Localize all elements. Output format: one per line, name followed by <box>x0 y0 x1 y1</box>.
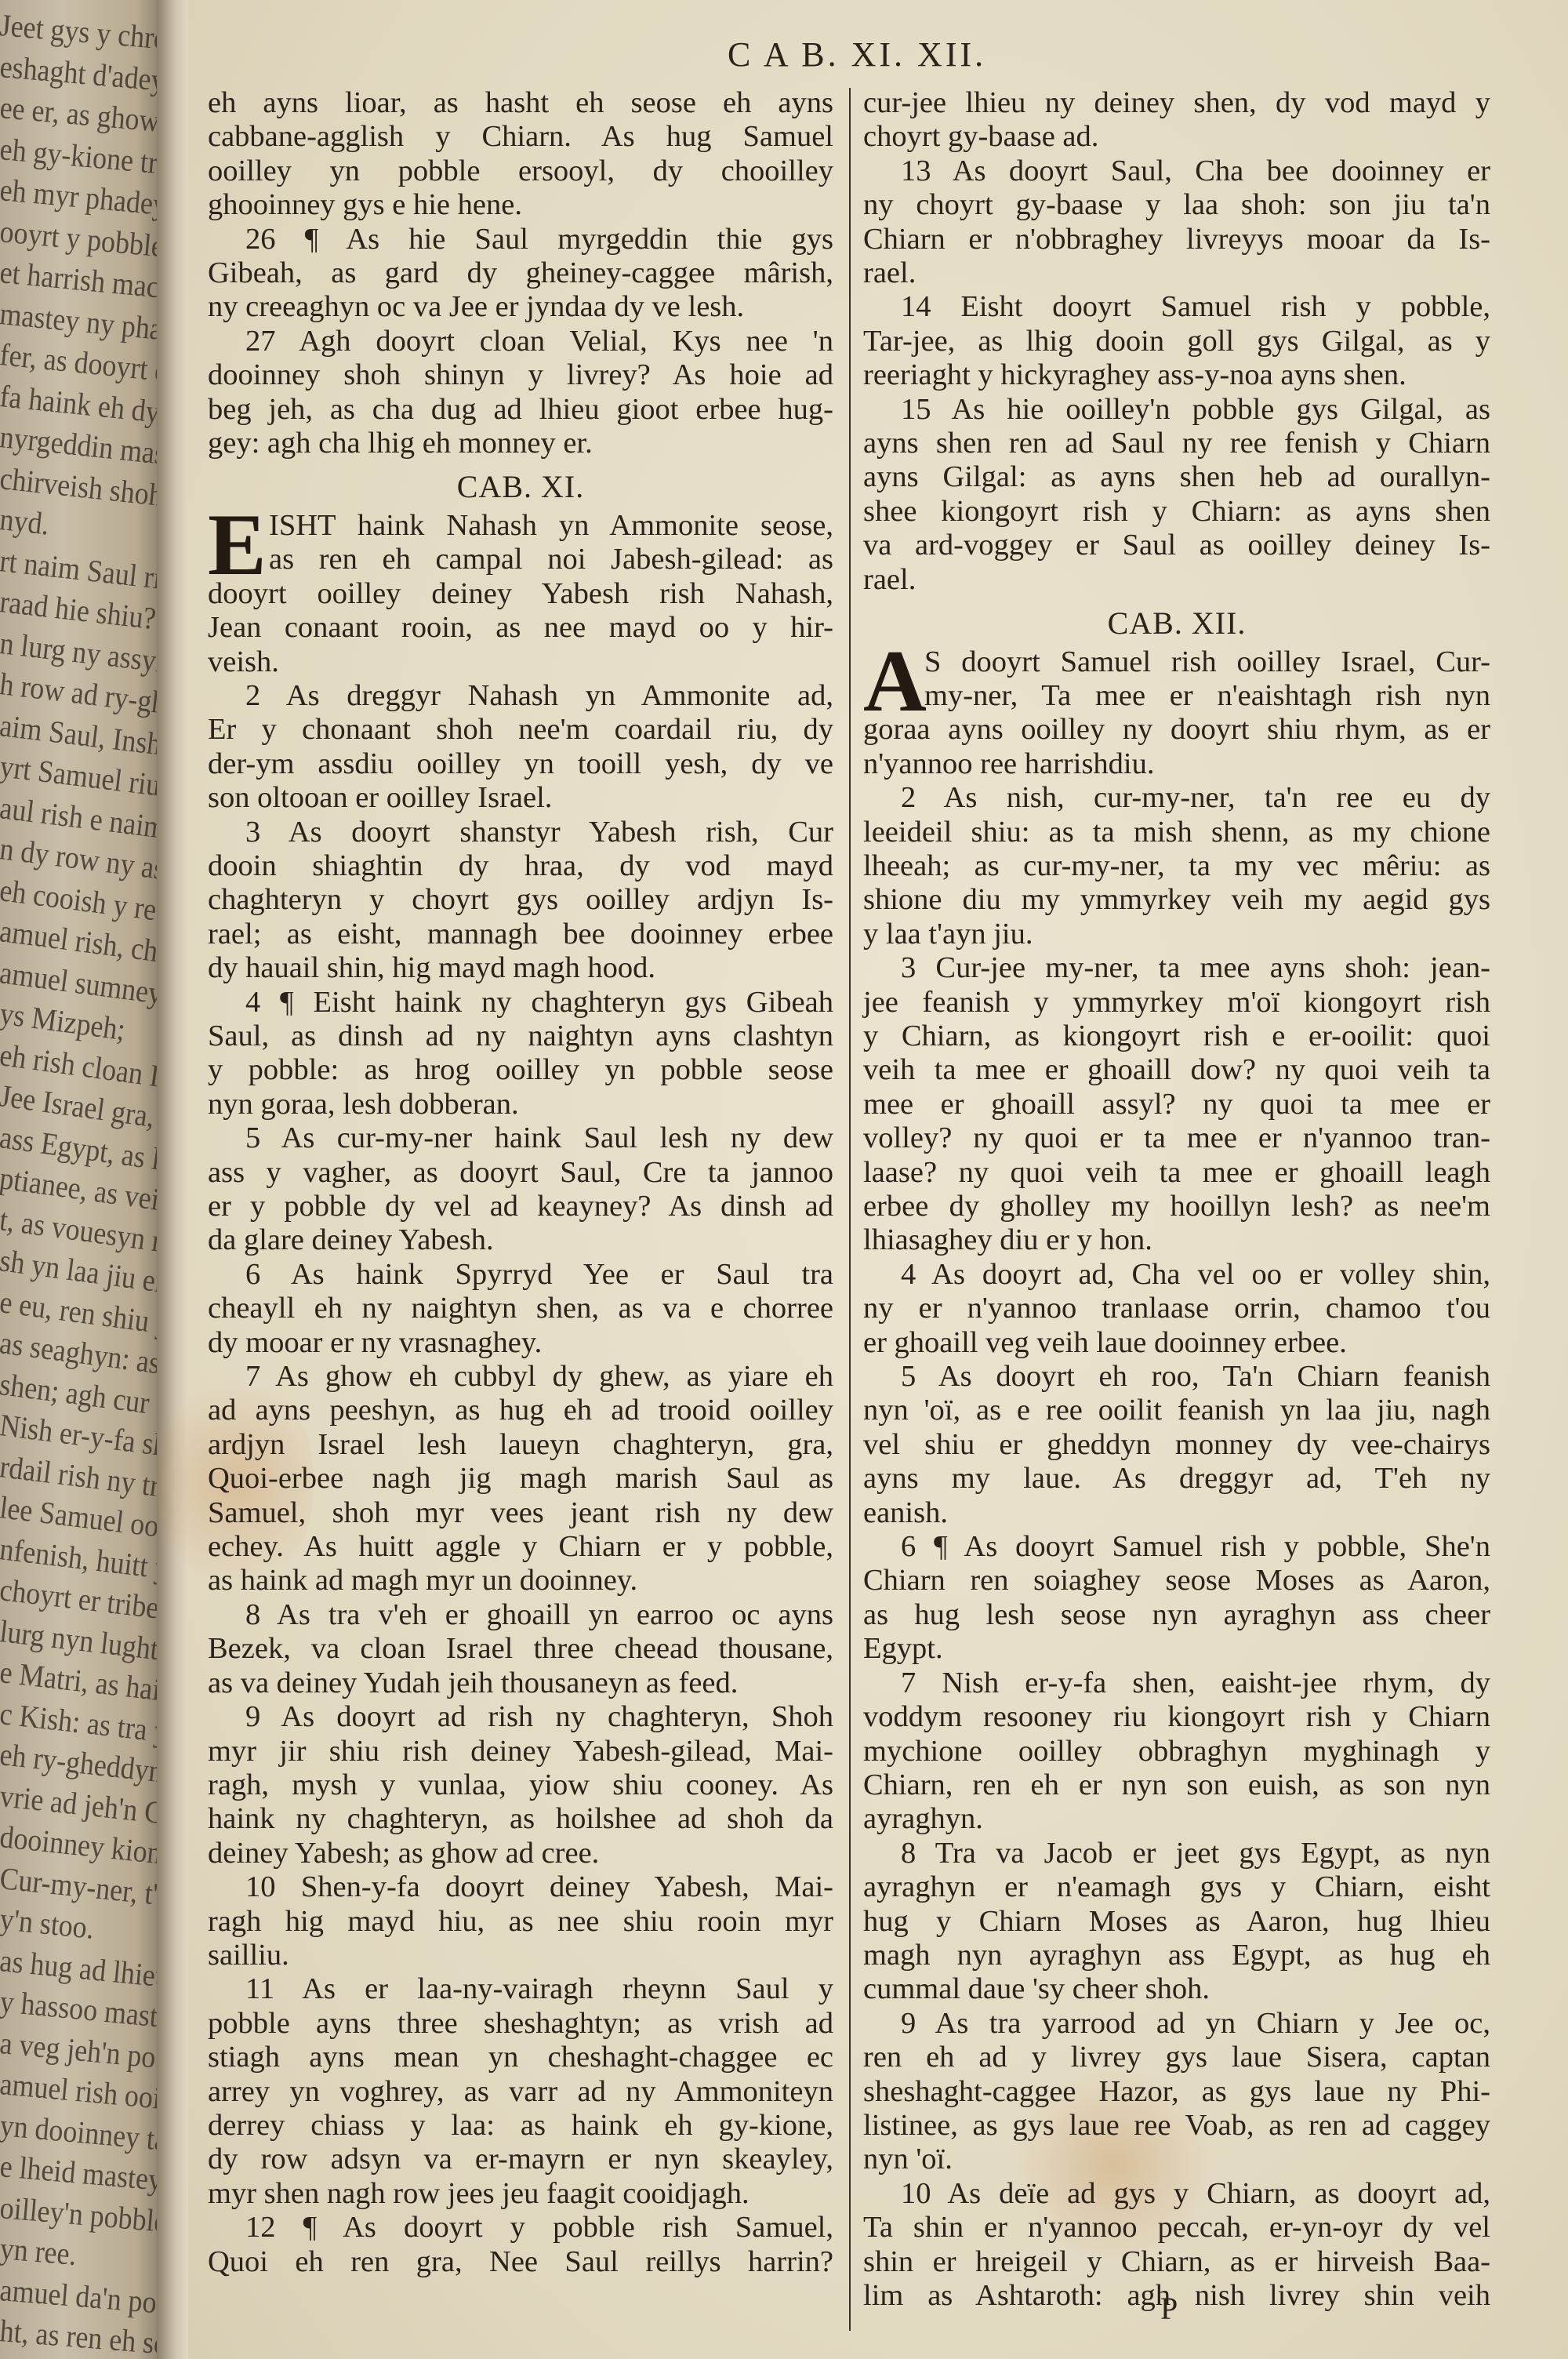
text-line: n'yannoo ree harrishdiu. <box>863 747 1490 781</box>
text-line: nyn 'oï. <box>863 2143 1490 2176</box>
text-line: dy row adsyn va er-mayrn er nyn skeayley… <box>208 2143 833 2176</box>
text-line: ardjyn Israel lesh laueyn chaghteryn, gr… <box>208 1428 833 1462</box>
text-line: magh nyn ayraghyn ass Egypt, as hug eh <box>863 1939 1490 1972</box>
text-line: ragh hig mayd hiu, as nee shiu rooin myr <box>208 1905 833 1939</box>
facing-page-line: y'n stoo. <box>0 1900 96 1946</box>
signature-mark: P <box>1160 2290 1178 2327</box>
text-line: Jean conaant rooin, as nee mayd oo y hir… <box>208 611 833 645</box>
text-line: laase? ny quoi veih ta mee er ghoaill le… <box>863 1156 1490 1190</box>
text-line: 3 As dooyrt shanstyr Yabesh rish, Cur <box>208 816 833 849</box>
drop-cap: E <box>208 507 267 583</box>
text-line: 5 As dooyrt eh roo, Ta'n Chiarn feanish <box>863 1360 1490 1394</box>
text-line: myr shen nagh row jees jeu faagit cooidj… <box>208 2177 833 2211</box>
text-line: ayns shen ren ad Saul ny ree fenish y Ch… <box>863 427 1490 460</box>
verse: 5 As dooyrt eh roo, Ta'n Chiarn feanishn… <box>863 1360 1490 1530</box>
verse: 3 As dooyrt shanstyr Yabesh rish, Curdoo… <box>208 816 833 986</box>
column-rule <box>849 88 851 2331</box>
text-line: volley? ny quoi er ta mee er n'yannoo tr… <box>863 1121 1490 1155</box>
text-line: as ren eh campal noi Jabesh-gilead: as <box>208 543 833 576</box>
text-line: y Chiarn, as kiongoyrt rish e er-ooilit:… <box>863 1020 1490 1053</box>
text-line: as va deiney Yudah jeih thousaneyn as fe… <box>208 1667 833 1700</box>
verse: 14 Eisht dooyrt Samuel rish y pobble,Tar… <box>863 290 1490 392</box>
verse: 10 Shen-y-fa dooyrt deiney Yabesh, Mai-r… <box>208 1870 833 1972</box>
text-line: Er y chonaant shoh nee'm coardail riu, d… <box>208 713 833 747</box>
text-line: arrey yn voghrey, as varr ad ny Ammonite… <box>208 2075 833 2109</box>
text-line: goraa ayns ooilley ny dooyrt shiu rhym, … <box>863 713 1490 747</box>
text-line: ayraghyn er n'eamagh gys y Chiarn, eisht <box>863 1870 1490 1904</box>
text-line: jee feanish y ymmyrkey m'oï kiongoyrt ri… <box>863 986 1490 1020</box>
text-line: y pobble: as hrog ooilley yn pobble seos… <box>208 1053 833 1087</box>
text-line: lhiasaghey diu er y hon. <box>863 1223 1490 1257</box>
text-line: ayraghyn. <box>863 1802 1490 1836</box>
verse: 5 As cur-my-ner haink Saul lesh ny dewas… <box>208 1121 833 1258</box>
text-line: leeideil shiu: as ta mish shenn, as my c… <box>863 816 1490 849</box>
text-line: 11 As er laa-ny-vairagh rheynn Saul y <box>208 1972 833 2006</box>
verse: 6 As haink Spyrryd Yee er Saul tracheayl… <box>208 1258 833 1360</box>
text-line: der-ym assdiu ooilley yn tooill yesh, dy… <box>208 747 833 781</box>
verse: 26 ¶ As hie Saul myrgeddin thie gysGibea… <box>208 223 833 325</box>
text-line: shin er hreigeil y Chiarn, as er hirveis… <box>863 2245 1490 2279</box>
text-line: rael. <box>863 256 1490 290</box>
text-line: myr jir shiu rish deiney Yabesh-gilead, … <box>208 1735 833 1768</box>
text-line: 8 Tra va Jacob er jeet gys Egypt, as nyn <box>863 1837 1490 1870</box>
text-line: cur-jee lhieu ny deiney shen, dy vod may… <box>863 86 1490 120</box>
text-line: ISHT haink Nahash yn Ammonite seose, <box>208 509 833 543</box>
text-line: sailliu. <box>208 1939 833 1972</box>
drop-cap: A <box>863 644 927 719</box>
verse: 7 Nish er-y-fa shen, eaisht-jee rhym, dy… <box>863 1667 1490 1837</box>
text-line: dy hauail shin, hig mayd magh hood. <box>208 951 833 985</box>
text-line: 12 ¶ As dooyrt y pobble rish Samuel, <box>208 2211 833 2245</box>
text-line: as hug lesh seose nyn ayraghyn ass cheer <box>863 1598 1490 1632</box>
text-line: Bezek, va cloan Israel three cheead thou… <box>208 1632 833 1666</box>
chapter-opening-verse: AS dooyrt Samuel rish ooilley Israel, Cu… <box>863 645 1490 782</box>
text-line: ny choyrt gy-baase y laa shoh: son jiu t… <box>863 188 1490 222</box>
text-line: 7 Nish er-y-fa shen, eaisht-jee rhym, dy <box>863 1667 1490 1700</box>
text-line: ghooinney gys e hie hene. <box>208 188 833 222</box>
text-line: ragh, mysh y vunlaa, yiow shiu cooney. A… <box>208 1768 833 1802</box>
text-line: Samuel, shoh myr vees jeant rish ny dew <box>208 1496 833 1530</box>
text-line: cheayll eh ny naightyn shen, as va e cho… <box>208 1292 833 1325</box>
text-line: rael; as eisht, mannagh bee dooinney erb… <box>208 918 833 951</box>
text-line: 14 Eisht dooyrt Samuel rish y pobble, <box>863 290 1490 324</box>
text-line: stiagh ayns mean yn cheshaght-chaggee ec <box>208 2041 833 2074</box>
text-line: cabbane-agglish y Chiarn. As hug Samuel <box>208 120 833 154</box>
text-line: ren eh ad y livrey gys laue Sisera, capt… <box>863 2041 1490 2074</box>
text-line: veish. <box>208 645 833 679</box>
text-line: da glare deiney Yabesh. <box>208 1223 833 1257</box>
paragraph: cur-jee lhieu ny deiney shen, dy vod may… <box>863 86 1490 154</box>
text-line: dy mooar er ny vrasnaghey. <box>208 1326 833 1360</box>
left-column: eh ayns lioar, as hasht eh seose eh ayns… <box>208 86 833 2279</box>
text-line: Saul, as dinsh ad ny naightyn ayns clash… <box>208 1020 833 1053</box>
text-line: shee kiongoyrt rish y Chiarn: as ayns sh… <box>863 495 1490 529</box>
text-line: as haink ad magh myr un dooinney. <box>208 1564 833 1598</box>
verse: 3 Cur-jee my-ner, ta mee ayns shoh: jean… <box>863 951 1490 1258</box>
verse: 9 As tra yarrood ad yn Chiarn y Jee oc,r… <box>863 2007 1490 2177</box>
text-line: veih ta mee er ghoaill dow? ny quoi veih… <box>863 1053 1490 1087</box>
facing-page-line: nyd. <box>0 500 51 543</box>
text-line: voddym resooney riu kiongoyrt rish y Chi… <box>863 1700 1490 1734</box>
text-line: 9 As dooyrt ad rish ny chaghteryn, Shoh <box>208 1700 833 1734</box>
text-line: ny er n'yannoo tranlaase orrin, chamoo t… <box>863 1292 1490 1325</box>
text-line: 5 As cur-my-ner haink Saul lesh ny dew <box>208 1121 833 1155</box>
text-line: dooyrt ooilley deiney Yabesh rish Nahash… <box>208 577 833 611</box>
text-line: sheshaght-caggee Hazor, as gys laue ny P… <box>863 2075 1490 2109</box>
text-line: derrey chiass y laa: as haink eh gy-kion… <box>208 2109 833 2143</box>
text-line: rael. <box>863 563 1490 597</box>
text-line: nyn 'oï, as e ree ooilit feanish yn laa … <box>863 1394 1490 1427</box>
text-line: nyn goraa, lesh dobberan. <box>208 1088 833 1121</box>
chapter-opening-verse: EISHT haink Nahash yn Ammonite seose,as … <box>208 509 833 679</box>
facing-page-line: yn ree. <box>0 2230 78 2273</box>
text-line: 9 As tra yarrood ad yn Chiarn y Jee oc, <box>863 2007 1490 2041</box>
text-line: 4 As dooyrt ad, Cha vel oo er volley shi… <box>863 1258 1490 1292</box>
verse: 9 As dooyrt ad rish ny chaghteryn, Shohm… <box>208 1700 833 1870</box>
text-line: son oltooan er ooilley Israel. <box>208 781 833 815</box>
text-line: choyrt gy-baase ad. <box>863 120 1490 154</box>
text-line: 6 As haink Spyrryd Yee er Saul tra <box>208 1258 833 1292</box>
text-line: dooinney shoh shinyn y livrey? As hoie a… <box>208 358 833 392</box>
text-line: pobble ayns three sheshaghtyn; as vrish … <box>208 2007 833 2041</box>
text-line: ny creeaghyn oc va Jee er jyndaa dy ve l… <box>208 290 833 324</box>
text-line: ad ayns peeshyn, as hug eh ad trooid ooi… <box>208 1394 833 1427</box>
running-head: C A B. XI. XII. <box>728 35 986 75</box>
text-line: ayns my laue. As dreggyr ad, T'eh ny <box>863 1462 1490 1496</box>
chapter-heading: CAB. XI. <box>208 470 833 503</box>
text-line: reeriaght y hickyraghey ass-y-noa ayns s… <box>863 358 1490 392</box>
verse: 11 As er laa-ny-vairagh rheynn Saul ypob… <box>208 1972 833 2211</box>
text-line: 2 As nish, cur-my-ner, ta'n ree eu dy <box>863 781 1490 815</box>
paragraph: eh ayns lioar, as hasht eh seose eh ayns… <box>208 86 833 223</box>
verse: 12 ¶ As dooyrt y pobble rish Samuel,Quoi… <box>208 2211 833 2279</box>
text-line: Quoi-erbee nagh jig magh marish Saul as <box>208 1462 833 1496</box>
text-line: vel shiu er gheddyn monney dy vee-chairy… <box>863 1428 1490 1462</box>
verse: 6 ¶ As dooyrt Samuel rish y pobble, She'… <box>863 1530 1490 1667</box>
text-line: beg jeh, as cha dug ad lhieu gioot erbee… <box>208 393 833 427</box>
text-line: Quoi eh ren gra, Nee Saul reillys harrin… <box>208 2245 833 2279</box>
verse: 4 As dooyrt ad, Cha vel oo er volley shi… <box>863 1258 1490 1360</box>
text-line: er y pobble dy vel ad keayney? As dinsh … <box>208 1190 833 1223</box>
text-line: er ghoaill veg veih laue dooinney erbee. <box>863 1326 1490 1360</box>
verse: 2 As dreggyr Nahash yn Ammonite ad,Er y … <box>208 679 833 816</box>
text-line: chaghteryn y choyrt gys ooilley ardjyn I… <box>208 883 833 917</box>
text-line: Tar-jee, as lhig dooin goll gys Gilgal, … <box>863 325 1490 358</box>
facing-page: Jeet gys y chroieshaght d'adeyryn nyee e… <box>0 0 161 2359</box>
text-line: eanish. <box>863 1496 1490 1530</box>
text-line: echey. As huitt aggle y Chiarn er y pobb… <box>208 1530 833 1564</box>
text-line: listinee, as gys laue ree Voab, as ren a… <box>863 2109 1490 2143</box>
text-line: 15 As hie ooilley'n pobble gys Gilgal, a… <box>863 393 1490 427</box>
text-line: cummal daue 'sy cheer shoh. <box>863 1972 1490 2006</box>
text-line: erbee dy gholley my hooillyn lesh? as ne… <box>863 1190 1490 1223</box>
text-line: Gibeah, as gard dy gheiney-caggee mârish… <box>208 256 833 290</box>
right-column: cur-jee lhieu ny deiney shen, dy vod may… <box>863 86 1490 2313</box>
text-line: Ta shin er n'yannoo peccah, er-yn-oyr dy… <box>863 2211 1490 2245</box>
text-line: y laa t'ayn jiu. <box>863 918 1490 951</box>
text-line: hug y Chiarn Moses as Aaron, hug lhieu <box>863 1905 1490 1939</box>
text-line: mychione ooilley obbraghyn myghinagh y <box>863 1735 1490 1768</box>
text-line: ass y vagher, as dooyrt Saul, Cre ta jan… <box>208 1156 833 1190</box>
chapter-heading: CAB. XII. <box>863 606 1490 640</box>
text-line: 26 ¶ As hie Saul myrgeddin thie gys <box>208 223 833 256</box>
text-line: gey: agh cha lhig eh monney er. <box>208 427 833 460</box>
text-line: shione diu my ymmyrkey veih my aegid gys <box>863 883 1490 917</box>
verse: 8 As tra v'eh er ghoaill yn earroo oc ay… <box>208 1598 833 1700</box>
text-line: 7 As ghow eh cubbyl dy ghew, as yiare eh <box>208 1360 833 1394</box>
text-line: Egypt. <box>863 1632 1490 1666</box>
text-line: 8 As tra v'eh er ghoaill yn earroo oc ay… <box>208 1598 833 1632</box>
text-line: Chiarn, ren eh er nyn son euish, as son … <box>863 1768 1490 1802</box>
text-line: my-ner, Ta mee er n'eaishtagh rish nyn <box>863 679 1490 713</box>
text-line: dooin shiaghtin dy hraa, dy vod mayd <box>208 849 833 883</box>
verse: 13 As dooyrt Saul, Cha bee dooinney erny… <box>863 154 1490 291</box>
verse: 27 Agh dooyrt cloan Velial, Kys nee 'ndo… <box>208 325 833 461</box>
text-line: eh ayns lioar, as hasht eh seose eh ayns <box>208 86 833 120</box>
text-line: Chiarn er n'obbraghey livreyys mooar da … <box>863 223 1490 256</box>
verse: 15 As hie ooilley'n pobble gys Gilgal, a… <box>863 393 1490 597</box>
text-line: S dooyrt Samuel rish ooilley Israel, Cur… <box>863 645 1490 679</box>
text-line: lheeah; as cur-my-ner, ta my vec mêriu: … <box>863 849 1490 883</box>
text-line: 4 ¶ Eisht haink ny chaghteryn gys Gibeah <box>208 986 833 1020</box>
text-line: 2 As dreggyr Nahash yn Ammonite ad, <box>208 679 833 713</box>
text-line: ooilley yn pobble ersooyl, dy chooilley <box>208 154 833 188</box>
text-line: 6 ¶ As dooyrt Samuel rish y pobble, She'… <box>863 1530 1490 1564</box>
text-line: deiney Yabesh; as ghow ad cree. <box>208 1837 833 1870</box>
text-line: va ard-voggey er Saul as ooilley deiney … <box>863 529 1490 562</box>
book-gutter <box>157 0 188 2359</box>
text-line: 27 Agh dooyrt cloan Velial, Kys nee 'n <box>208 325 833 358</box>
text-line: ayns Gilgal: as ayns shen heb ad ourally… <box>863 460 1490 494</box>
text-line: 13 As dooyrt Saul, Cha bee dooinney er <box>863 154 1490 188</box>
text-line: 10 As deïe ad gys y Chiarn, as dooyrt ad… <box>863 2177 1490 2211</box>
verse: 7 As ghow eh cubbyl dy ghew, as yiare eh… <box>208 1360 833 1598</box>
text-line: haink ny chaghteryn, as hoilshee ad shoh… <box>208 1802 833 1836</box>
verse: 8 Tra va Jacob er jeet gys Egypt, as nyn… <box>863 1837 1490 2007</box>
verse: 4 ¶ Eisht haink ny chaghteryn gys Gibeah… <box>208 986 833 1122</box>
text-line: mee er ghoaill assyl? ny quoi ta mee er <box>863 1088 1490 1121</box>
verse: 2 As nish, cur-my-ner, ta'n ree eu dylee… <box>863 781 1490 951</box>
text-line: Chiarn ren soiaghey seose Moses as Aaron… <box>863 1564 1490 1598</box>
text-line: 10 Shen-y-fa dooyrt deiney Yabesh, Mai- <box>208 1870 833 1904</box>
text-line: 3 Cur-jee my-ner, ta mee ayns shoh: jean… <box>863 951 1490 985</box>
